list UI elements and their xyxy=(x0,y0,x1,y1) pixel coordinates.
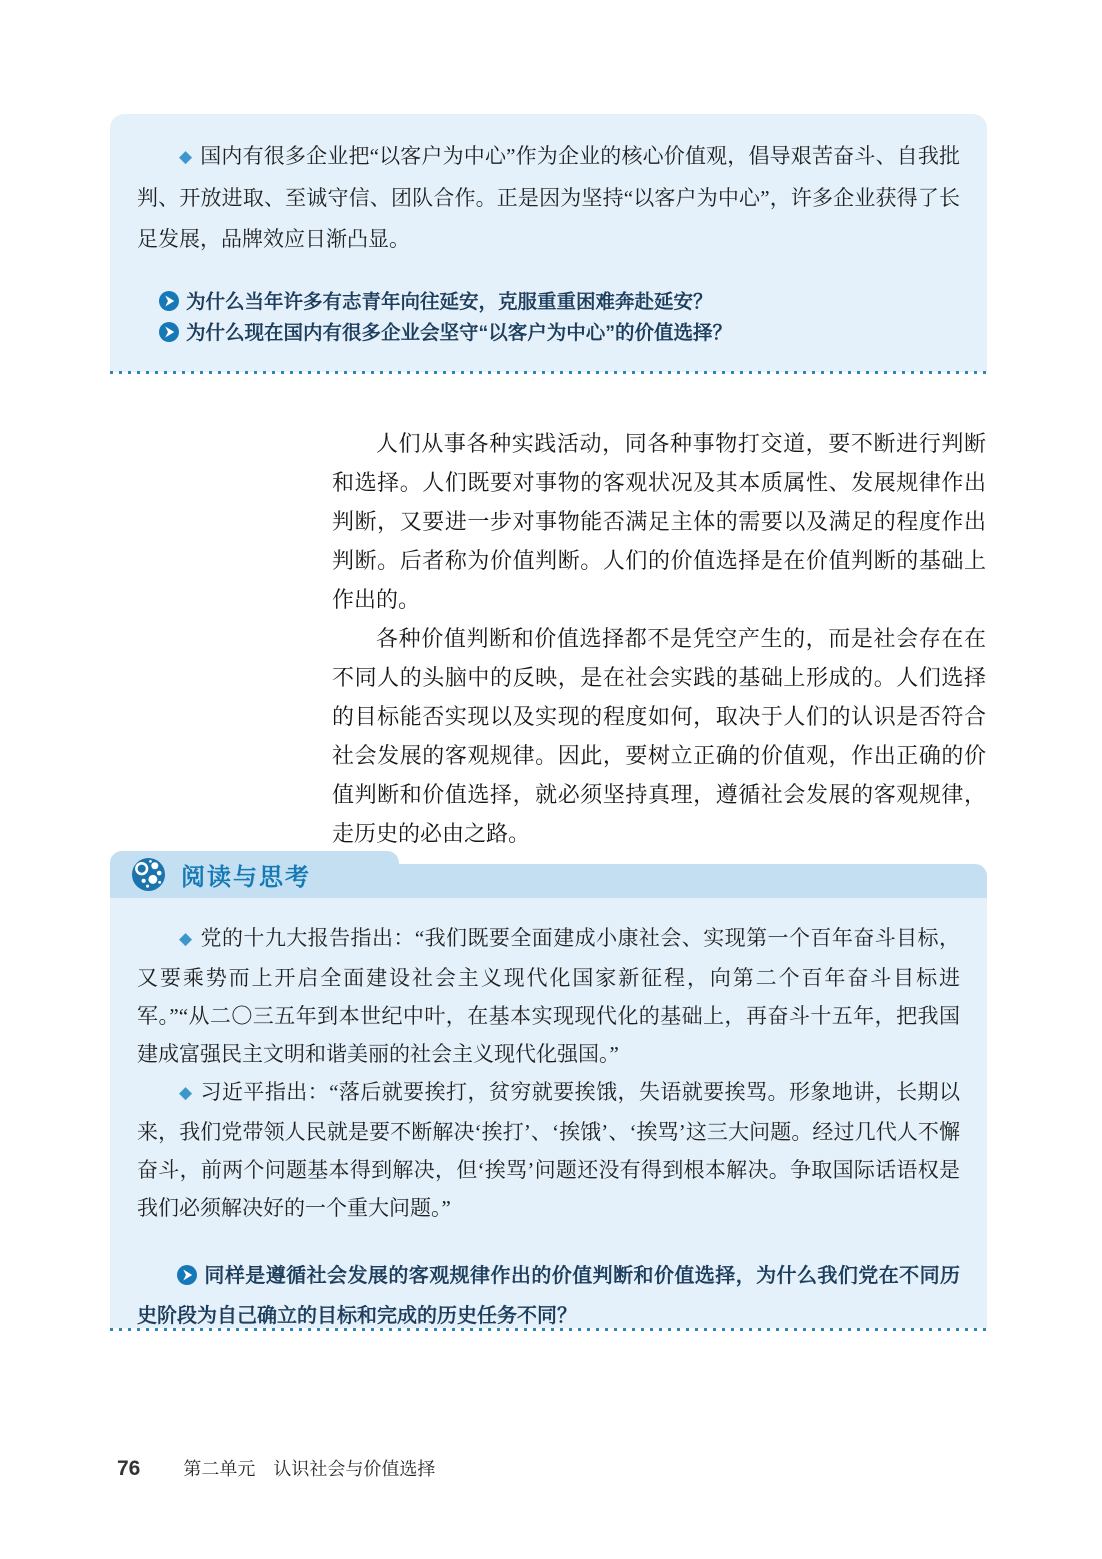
question-text: 为什么当年许多有志青年向往延安，克服重重困难奔赴延安？ xyxy=(186,291,713,313)
body-paragraph: 人们从事各种实践活动，同各种事物打交道，要不断进行判断和选择。人们既要对事物的客… xyxy=(332,424,986,619)
diamond-bullet-icon: ◆ xyxy=(179,1083,193,1102)
intro-questions: 为什么当年许多有志青年向往延安，克服重重困难奔赴延安？ 为什么现在国内有很多企业… xyxy=(137,287,960,349)
textbook-page: ◆国内有很多企业把“以客户为中心”作为企业的核心价值观，倡导艰苦奋斗、自我批判、… xyxy=(0,0,1102,1559)
question-row: 为什么现在国内有很多企业会坚守“以客户为中心”的价值选择？ xyxy=(159,318,960,349)
intro-box: ◆国内有很多企业把“以客户为中心”作为企业的核心价值观，倡导艰苦奋斗、自我批判、… xyxy=(110,114,987,372)
intro-paragraph-text: 国内有很多企业把“以客户为中心”作为企业的核心价值观，倡导艰苦奋斗、自我批判、开… xyxy=(137,144,960,251)
diamond-bullet-icon: ◆ xyxy=(179,147,192,166)
reading-paragraph: ◆党的十九大报告指出：“我们既要全面建成小康社会、实现第一个百年奋斗目标，又要乘… xyxy=(137,919,960,1073)
question-row: 为什么当年许多有志青年向往延安，克服重重困难奔赴延安？ xyxy=(159,287,960,318)
footer-unit: 第二单元 xyxy=(183,1455,255,1481)
dotted-divider xyxy=(110,1328,987,1331)
arrow-circle-icon xyxy=(177,1265,197,1285)
reading-question: 同样是遵循社会发展的客观规律作出的价值判断和价值选择，为什么我们党在不同历史阶段… xyxy=(137,1256,960,1336)
body-text: 人们从事各种实践活动，同各种事物打交道，要不断进行判断和选择。人们既要对事物的客… xyxy=(332,424,986,853)
reading-sphere-icon xyxy=(131,857,166,892)
diamond-bullet-icon: ◆ xyxy=(179,929,193,948)
reading-paragraph-text: 党的十九大报告指出：“我们既要全面建成小康社会、实现第一个百年奋斗目标，又要乘势… xyxy=(137,926,960,1066)
footer-unit-title: 认识社会与价值选择 xyxy=(273,1455,435,1481)
reading-box: ◆党的十九大报告指出：“我们既要全面建成小康社会、实现第一个百年奋斗目标，又要乘… xyxy=(110,898,987,1328)
reading-paragraph-text: 习近平指出：“落后就要挨打，贫穷就要挨饿，失语就要挨骂。形象地讲，长期以来，我们… xyxy=(137,1080,960,1220)
page-footer: 76 第二单元 认识社会与价值选择 xyxy=(117,1455,435,1481)
intro-paragraph: ◆国内有很多企业把“以客户为中心”作为企业的核心价值观，倡导艰苦奋斗、自我批判、… xyxy=(137,136,960,260)
reading-box-title: 阅读与思考 xyxy=(181,857,311,892)
arrow-circle-icon xyxy=(159,322,179,342)
body-paragraph: 各种价值判断和价值选择都不是凭空产生的，而是社会存在在不同人的头脑中的反映，是在… xyxy=(332,619,986,853)
question-text: 为什么现在国内有很多企业会坚守“以客户为中心”的价值选择？ xyxy=(186,322,732,344)
arrow-circle-icon xyxy=(159,291,179,311)
reading-box-tab: 阅读与思考 xyxy=(110,851,399,898)
reading-paragraph: ◆习近平指出：“落后就要挨打，贫穷就要挨饿，失语就要挨骂。形象地讲，长期以来，我… xyxy=(137,1073,960,1227)
page-number: 76 xyxy=(117,1457,140,1481)
reading-question-text: 同样是遵循社会发展的客观规律作出的价值判断和价值选择，为什么我们党在不同历史阶段… xyxy=(137,1265,960,1327)
dotted-divider xyxy=(110,371,987,374)
